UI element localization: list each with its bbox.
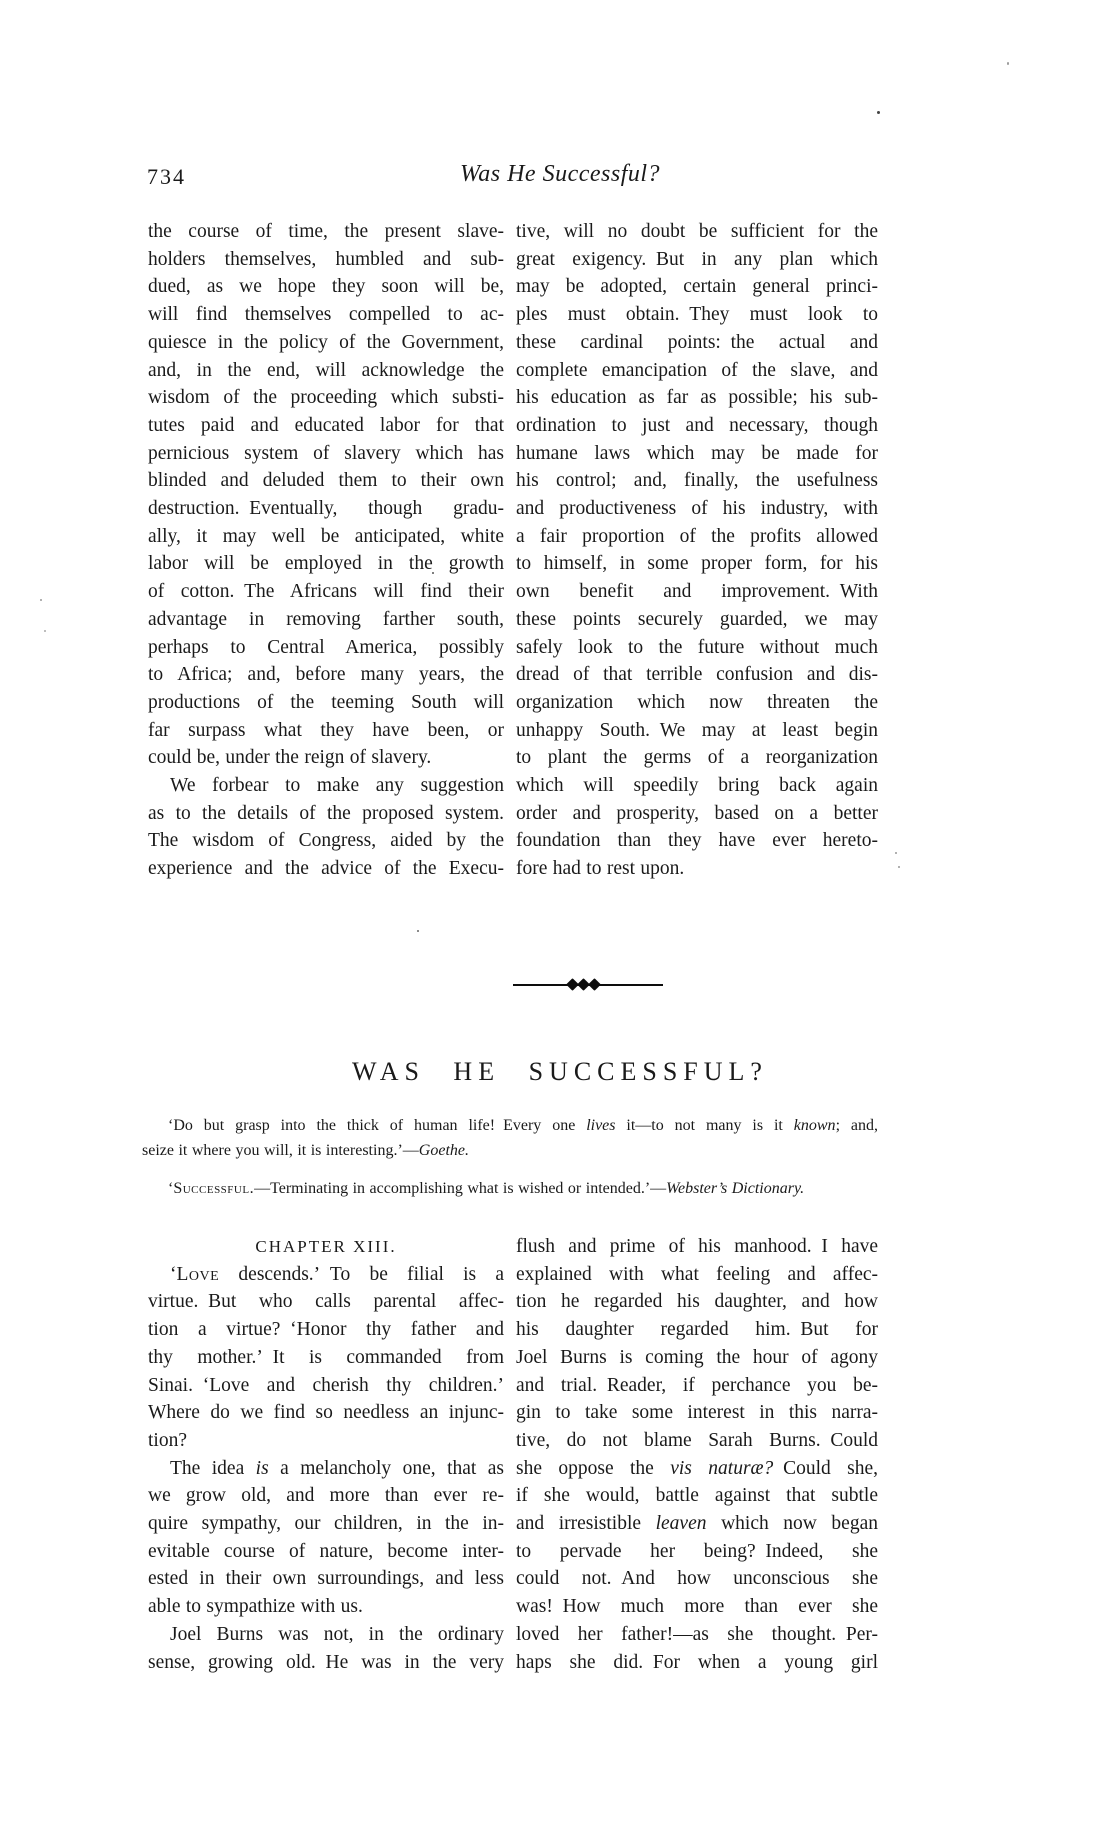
- text-line: organization which now threaten the: [516, 689, 878, 717]
- epigraph-webster: ‘Successful.—Terminating in accomplishin…: [142, 1177, 878, 1202]
- text-line: ‘Do but grasp into the thick of human li…: [142, 1114, 878, 1139]
- text-line: dread of that terrible confusion and dis…: [516, 661, 878, 689]
- text-line: far surpass what they have been, or: [148, 717, 504, 745]
- text-line: tutes paid and educated labor for that: [148, 412, 504, 440]
- text-line: own benefit and improvement. With: [516, 578, 878, 606]
- chapter-right-column: flush and prime of his manhood. I haveex…: [516, 1233, 878, 1676]
- story-title: WAS HE SUCCESSFUL?: [0, 1057, 1120, 1087]
- text-line: quiesce in the policy of the Government,: [148, 329, 504, 357]
- text-line: destruction. Eventually, though gradu-: [148, 495, 504, 523]
- epigraph-goethe: ‘Do but grasp into the thick of human li…: [142, 1114, 878, 1164]
- text-line: tive, will no doubt be sufficient for th…: [516, 218, 878, 246]
- text-line: fore had to rest upon.: [516, 855, 878, 883]
- text-line: and productiveness of his industry, with: [516, 495, 878, 523]
- text-line: tion?: [148, 1427, 504, 1455]
- text-line: order and prosperity, based on a better: [516, 800, 878, 828]
- scan-speck: [877, 111, 880, 114]
- text-line: as to the details of the proposed system…: [148, 800, 504, 828]
- text-line: foundation than they have ever hereto-: [516, 827, 878, 855]
- text-line: virtue. But who calls parental affec-: [148, 1288, 504, 1316]
- text-line: ples must obtain. They must look to: [516, 301, 878, 329]
- text-line: quire sympathy, our children, in the in-: [148, 1510, 504, 1538]
- text-line: haps she did. For when a young girl: [516, 1649, 878, 1677]
- scan-speck: [432, 572, 434, 574]
- text-line: productions of the teeming South will: [148, 689, 504, 717]
- text-line: if she would, battle against that subtle: [516, 1482, 878, 1510]
- text-line: the course of time, the present slave-: [148, 218, 504, 246]
- text-line: thy mother.’ It is commanded from: [148, 1344, 504, 1372]
- text-line: his daughter regarded him. But for: [516, 1316, 878, 1344]
- text-line: ordination to just and necessary, though: [516, 412, 878, 440]
- text-line: which will speedily bring back again: [516, 772, 878, 800]
- text-line: tion a virtue? ‘Honor thy father and: [148, 1316, 504, 1344]
- text-line: safely look to the future without much: [516, 634, 878, 662]
- text-line: able to sympathize with us.: [148, 1593, 504, 1621]
- text-line: we grow old, and more than ever re-: [148, 1482, 504, 1510]
- text-line: tion he regarded his daughter, and how: [516, 1288, 878, 1316]
- text-line: blinded and deluded them to their own: [148, 467, 504, 495]
- text-line: dued, as we hope they soon will be,: [148, 273, 504, 301]
- text-line: Joel Burns is coming the hour of agony: [516, 1344, 878, 1372]
- text-line: holders themselves, humbled and sub-: [148, 246, 504, 274]
- text-line: and irresistible leaven which now began: [516, 1510, 878, 1538]
- article-right-column: tive, will no doubt be sufficient for th…: [516, 218, 878, 883]
- scan-speck: [44, 630, 46, 632]
- scan-speck: [40, 599, 42, 601]
- text-line: of cotton. The Africans will find their: [148, 578, 504, 606]
- text-line: great exigency. But in any plan which: [516, 246, 878, 274]
- text-line: Where do we find so needless an injunc-: [148, 1399, 504, 1427]
- text-line: to Africa; and, before many years, the: [148, 661, 504, 689]
- text-line: loved her father!—as she thought. Per-: [516, 1621, 878, 1649]
- text-line: humane laws which may be made for: [516, 440, 878, 468]
- text-line: and, in the end, will acknowledge the: [148, 357, 504, 385]
- text-line: experience and the advice of the Execu-: [148, 855, 504, 883]
- diamond-icon: [588, 978, 601, 991]
- section-divider-ornament: [513, 979, 663, 991]
- text-line: The idea is a melancholy one, that as: [148, 1455, 504, 1483]
- scanned-book-page: 734 Was He Successful? the course of tim…: [0, 0, 1120, 1825]
- text-line: ‘Successful.—Terminating in accomplishin…: [142, 1177, 878, 1202]
- text-line: to plant the germs of a reorganization: [516, 744, 878, 772]
- text-line: could be, under the reign of slavery.: [148, 744, 504, 772]
- scan-speck: [417, 930, 419, 932]
- text-line: Sinai. ‘Love and cherish thy children.’: [148, 1372, 504, 1400]
- text-line: to himself, in some proper form, for his: [516, 550, 878, 578]
- text-line: tive, do not blame Sarah Burns. Could: [516, 1427, 878, 1455]
- scan-speck: [895, 852, 897, 854]
- text-line: his control; and, finally, the usefulnes…: [516, 467, 878, 495]
- text-line: The wisdom of Congress, aided by the: [148, 827, 504, 855]
- chapter-left-column: CHAPTER XIII. ‘Love descends.’ To be fil…: [148, 1233, 504, 1676]
- text-line: will find themselves compelled to ac-: [148, 301, 504, 329]
- text-line: seize it where you will, it is interesti…: [142, 1139, 878, 1164]
- article-left-column: the course of time, the present slave-ho…: [148, 218, 504, 883]
- text-line: gin to take some interest in this narra-: [516, 1399, 878, 1427]
- text-line: she oppose the vis naturæ? Could she,: [516, 1455, 878, 1483]
- scan-speck: [898, 866, 900, 868]
- text-line: a fair proportion of the profits allowed: [516, 523, 878, 551]
- text-line: perhaps to Central America, possibly: [148, 634, 504, 662]
- text-line: advantage in removing farther south,: [148, 606, 504, 634]
- text-line: Joel Burns was not, in the ordinary: [148, 1621, 504, 1649]
- text-line: flush and prime of his manhood. I have: [516, 1233, 878, 1261]
- text-line: sense, growing old. He was in the very: [148, 1649, 504, 1677]
- chapter-heading: CHAPTER XIII.: [148, 1233, 504, 1261]
- text-line: these points securely guarded, we may: [516, 606, 878, 634]
- text-line: these cardinal points: the actual and: [516, 329, 878, 357]
- text-line: to pervade her being? Indeed, she: [516, 1538, 878, 1566]
- text-line: ‘Love descends.’ To be filial is a: [148, 1261, 504, 1289]
- text-line: unhappy South. We may at least begin: [516, 717, 878, 745]
- text-line: pernicious system of slavery which has: [148, 440, 504, 468]
- text-line: We forbear to make any suggestion: [148, 772, 504, 800]
- chapter-left-text: ‘Love descends.’ To be filial is avirtue…: [148, 1261, 504, 1677]
- text-line: labor will be employed in the growth: [148, 550, 504, 578]
- text-line: ested in their own surroundings, and les…: [148, 1565, 504, 1593]
- text-line: explained with what feeling and affec-: [516, 1261, 878, 1289]
- text-line: wisdom of the proceeding which substi-: [148, 384, 504, 412]
- text-line: evitable course of nature, become inter-: [148, 1538, 504, 1566]
- running-title: Was He Successful?: [0, 161, 1120, 188]
- text-line: complete emancipation of the slave, and: [516, 357, 878, 385]
- text-line: was! How much more than ever she: [516, 1593, 878, 1621]
- text-line: his education as far as possible; his su…: [516, 384, 878, 412]
- text-line: ally, it may well be anticipated, white: [148, 523, 504, 551]
- text-line: may be adopted, certain general princi-: [516, 273, 878, 301]
- text-line: could not. And how unconscious she: [516, 1565, 878, 1593]
- scan-speck: [1007, 62, 1009, 65]
- text-line: and trial. Reader, if perchance you be-: [516, 1372, 878, 1400]
